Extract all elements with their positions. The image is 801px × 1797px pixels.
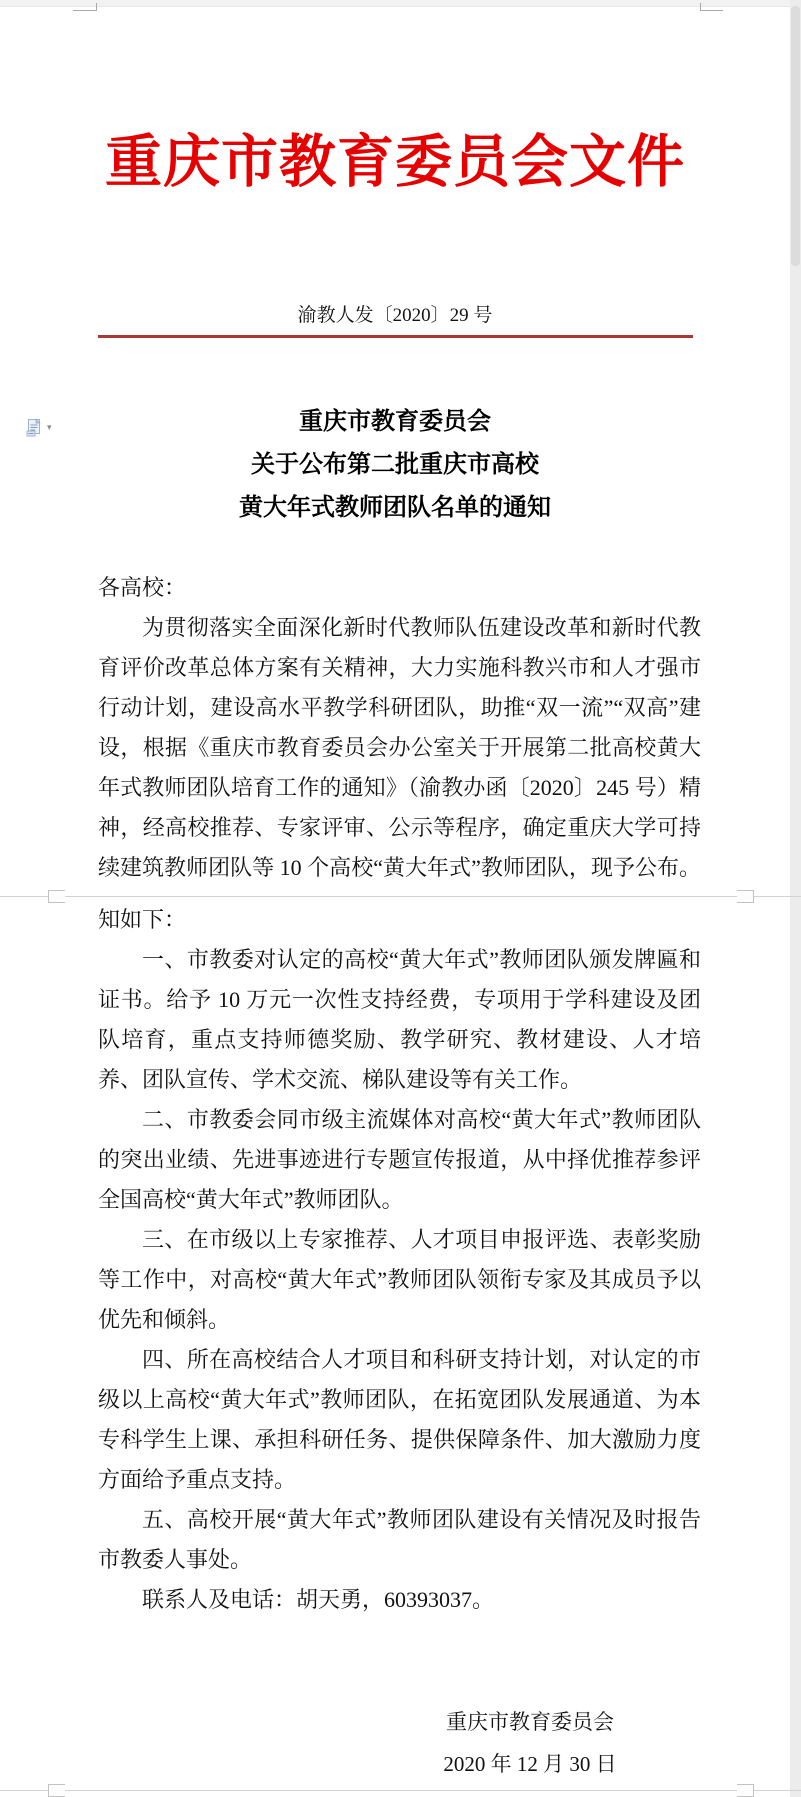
page-corner-mark-bottom-left [48, 1784, 65, 1797]
notice-title-line-2: 关于公布第二批重庆市高校 [0, 444, 790, 487]
signature-org: 重庆市教育委员会 [430, 1701, 630, 1743]
document-page: 重庆市教育委员会文件 渝教人发〔2020〕29 号 ▾ 重庆市教育委员会 关于公… [0, 0, 801, 1797]
page-break-divider-bottom [0, 1790, 801, 1791]
notice-title-line-3: 黄大年式教师团队名单的通知 [0, 487, 790, 530]
scrollbar-thumb[interactable] [791, 6, 800, 266]
page-corner-mark-left [48, 890, 65, 903]
body-page-2: 知如下： 一、市教委对认定的高校“黄大年式”教师团队颁发牌匾和证书。给予 10 … [98, 900, 701, 1630]
contact-line: 联系人及电话：胡天勇，60393037。 [98, 1580, 701, 1620]
paragraph-1-continued: 知如下： [98, 900, 701, 940]
document-number: 渝教人发〔2020〕29 号 [0, 300, 790, 327]
page-break-divider [0, 896, 801, 897]
next-page-content-hint [86, 1792, 626, 1797]
signature-date: 2020 年 12 月 30 日 [430, 1743, 630, 1785]
body-page-1: 各高校： 为贯彻落实全面深化新时代教师队伍建设改革和新时代教育评价改革总体方案有… [98, 568, 701, 896]
salutation: 各高校： [98, 568, 701, 608]
notice-item-1: 一、市教委对认定的高校“黄大年式”教师团队颁发牌匾和证书。给予 10 万元一次性… [98, 940, 701, 1100]
page-corner-mark-bottom-right [737, 1784, 754, 1797]
vertical-scrollbar[interactable] [790, 0, 801, 1797]
top-window-strip [0, 0, 801, 7]
paragraph-1-page-1: 为贯彻落实全面深化新时代教师队伍建设改革和新时代教育评价改革总体方案有关精神，大… [98, 608, 701, 896]
notice-item-5: 五、高校开展“黄大年式”教师团队建设有关情况及时报告市教委人事处。 [98, 1500, 701, 1580]
page-corner-mark-right [737, 890, 754, 903]
notice-item-4: 四、所在高校结合人才项目和科研支持计划，对认定的市级以上高校“黄大年式”教师团队… [98, 1340, 701, 1500]
page-margin-mark-top-right [700, 3, 723, 11]
notice-title: 重庆市教育委员会 关于公布第二批重庆市高校 黄大年式教师团队名单的通知 [0, 401, 790, 530]
letterhead-red-rule [98, 335, 693, 338]
signature-block: 重庆市教育委员会 2020 年 12 月 30 日 [430, 1701, 630, 1785]
page-margin-mark-top-left [73, 3, 97, 11]
letterhead-title: 重庆市教育委员会文件 [0, 116, 790, 198]
notice-item-3: 三、在市级以上专家推荐、人才项目申报评选、表彰奖励等工作中，对高校“黄大年式”教… [98, 1220, 701, 1340]
notice-title-line-1: 重庆市教育委员会 [0, 401, 790, 444]
notice-item-2: 二、市教委会同市级主流媒体对高校“黄大年式”教师团队的突出业绩、先进事迹进行专题… [98, 1100, 701, 1220]
